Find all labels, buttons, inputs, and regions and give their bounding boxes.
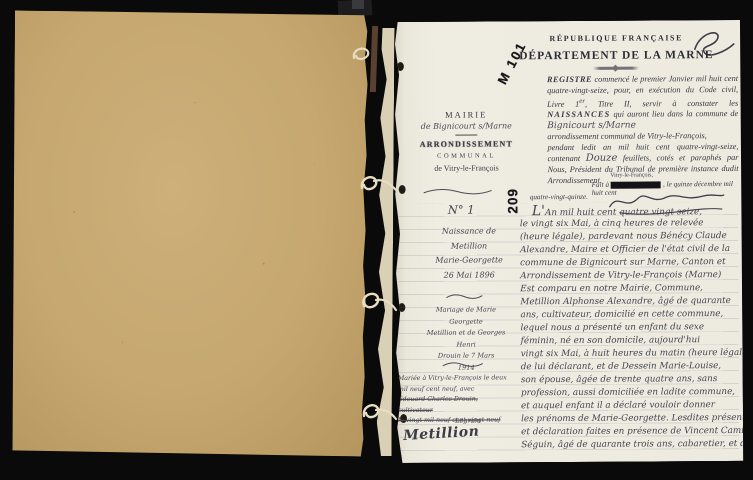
act-line: Séguin, âgé de quarante trois ans, cabar… <box>521 438 743 452</box>
margin-squiggle <box>441 360 485 370</box>
marriage-note-line: Metillion et de Georges Henri <box>419 327 514 351</box>
registry-page: RÉPUBLIQUE FRANÇAISE DÉPARTEMENT DE LA M… <box>391 20 744 463</box>
binding-string <box>358 288 398 320</box>
act-line: et auquel enfant il a déclaré vouloir do… <box>521 399 743 413</box>
torn-sheet-edge <box>377 28 395 456</box>
margin-squiggle <box>444 292 484 302</box>
act-line: vingt six Mai, à huit heures du matin (h… <box>521 347 743 361</box>
act-line: profession, aussi domiciliée en ladite c… <box>521 386 743 400</box>
mairie-commune-handwritten: de Bignicourt s/Marne <box>413 121 519 131</box>
marriage2-note-line: mil neuf cent neuf, avec <box>398 384 512 395</box>
marriage2-note-line-struck: Édouard Charles Drouin, cultivateur <box>398 394 512 416</box>
handwritten-commune: Bignicourt s/Marne <box>547 121 636 132</box>
stamp-m101: M 101 <box>491 33 532 93</box>
mairie-flourish <box>422 185 494 197</box>
act-line: (heure légale), pardevant nous Bénécy Cl… <box>520 230 742 244</box>
paper-speck <box>194 102 196 103</box>
marriage2-note-line: Mariée à Vitry-le-François le deux <box>398 373 512 384</box>
communal-label: COMMUNAL <box>413 152 519 160</box>
preamble-seg2: , Titre II, servir à constater les <box>585 99 738 109</box>
birth-note-line: Naissance de <box>428 224 510 239</box>
binding-hole <box>397 62 404 71</box>
handwritten-feuillet-count: Douze <box>586 153 618 164</box>
act-line: son épouse, âgée de trente quatre ans, s… <box>521 373 743 387</box>
arrondissement-label: ARRONDISSEMENT <box>413 139 519 149</box>
binder-clip-tip <box>352 0 364 9</box>
act-line: ans, cultivateur, domicilié en cette com… <box>520 308 742 322</box>
binding-string <box>360 400 398 428</box>
stamp-209: 209 <box>505 171 520 231</box>
binding-string <box>358 172 398 200</box>
preamble-seg3: qui auront lieu dans la commune de <box>610 109 738 119</box>
binding-string <box>350 44 374 64</box>
issuance-place: Vitry-le-François, <box>597 172 667 178</box>
word-registre: REGISTRE <box>547 75 592 84</box>
mairie-divider <box>455 135 477 136</box>
act-line: de lui déclarant, et de Dessein Marie-Lo… <box>521 360 743 374</box>
registry-scan: RÉPUBLIQUE FRANÇAISE DÉPARTEMENT DE LA M… <box>0 0 753 480</box>
act-line: Metillion Alphonse Alexandre, âgé de qua… <box>520 295 742 309</box>
marriage-note-line: Mariage de Marie Georgette <box>418 304 513 328</box>
act-line: L'An mil huit cent quatre vingt seize, <box>520 204 742 218</box>
department-rule <box>593 67 639 70</box>
act-line: lequel nous a présenté un enfant du sexe <box>520 321 742 335</box>
birth-note-line: 26 Mai 1896 <box>428 268 510 283</box>
act-line: Est comparu en notre Mairie, Commune, <box>520 282 742 296</box>
cover-page <box>11 10 370 456</box>
act-body: L'An mil huit cent quatre vingt seize, l… <box>520 204 744 452</box>
birth-note-line: Marie-Georgette <box>428 253 510 268</box>
binding-hole <box>399 185 406 194</box>
paper-speck <box>122 341 123 343</box>
republic-title: RÉPUBLIQUE FRANÇAISE <box>539 33 694 43</box>
act-line: le vingt six Mai, à cinq heures de relev… <box>520 217 742 231</box>
act-line: commune de Bignicourt sur Marne, Canton … <box>520 256 742 270</box>
preamble-seg4: arrondissement communal de Vitry-le-Fran… <box>547 131 707 141</box>
paper-speck <box>314 163 315 164</box>
vitry-label: de Vitry-le-François <box>414 163 520 173</box>
paper-speck <box>263 263 265 265</box>
registry-preamble: REGISTRE commencé le premier Janvier mil… <box>547 74 739 187</box>
department-title: DÉPARTEMENT DE LA MARNE <box>509 49 724 62</box>
mairie-block: MAIRIE de Bignicourt s/Marne ARRONDISSEM… <box>413 109 519 173</box>
act-number: N° 1 <box>448 203 475 217</box>
word-naissances: NAISSANCES <box>547 110 610 119</box>
issuance-date-2: quatre-vingt-quinze. <box>530 193 588 201</box>
paper-speck <box>73 211 75 213</box>
birth-note-line: Metillion <box>428 239 510 254</box>
margin-note-birth: Naissance de Metillion Marie-Georgette 2… <box>428 224 510 282</box>
act-line: Alexandre, Maire et Officier de l'état c… <box>520 243 742 257</box>
mairie-label: MAIRIE <box>413 109 519 120</box>
fait-a-label: Fait à <box>592 181 609 189</box>
act-line: Arrondissement de Vitry-le-François (Mar… <box>520 269 742 283</box>
act-line: féminin, né en son domicile, aujourd'hui <box>521 334 743 348</box>
